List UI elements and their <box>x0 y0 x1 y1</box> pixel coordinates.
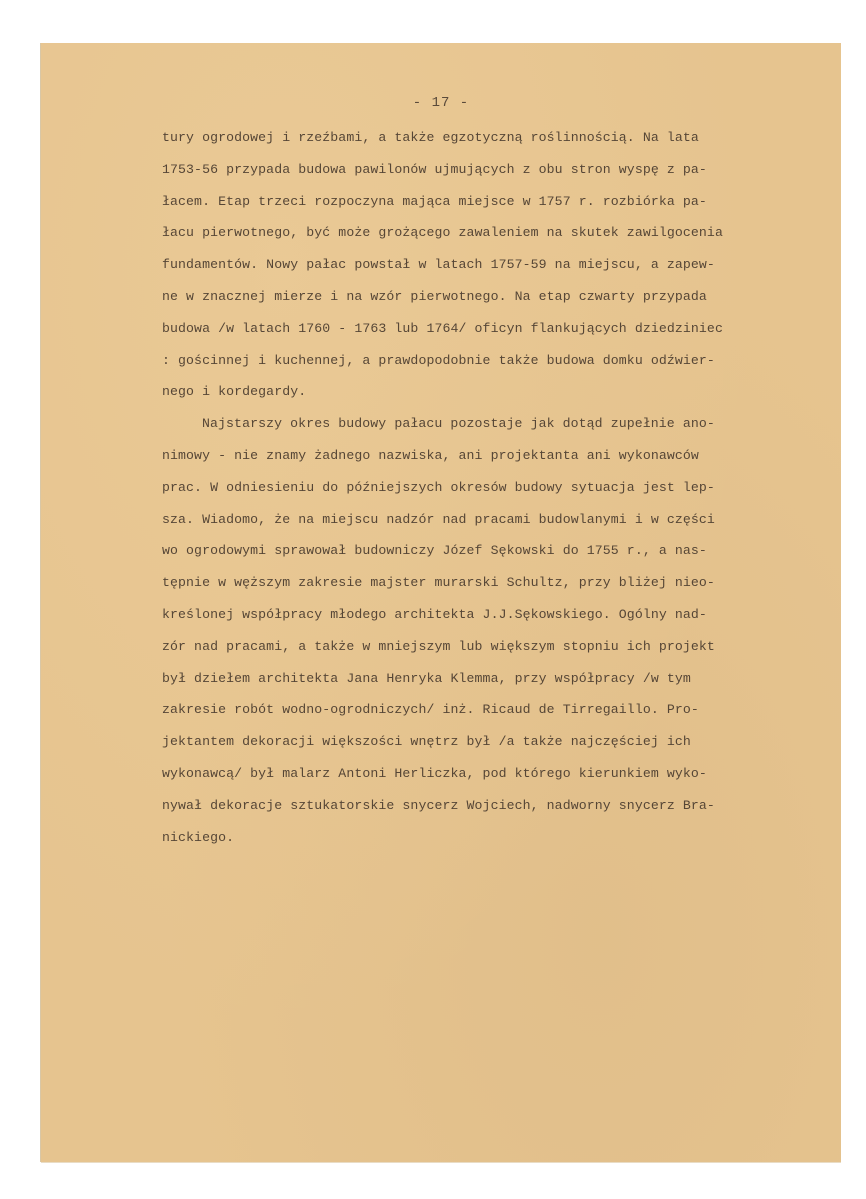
text-line: tępnie w węższym zakresie majster murars… <box>162 567 842 599</box>
text-line: nywał dekoracje sztukatorskie snycerz Wo… <box>162 790 842 822</box>
text-line: tury ogrodowej i rzeźbami, a także egzot… <box>162 122 842 154</box>
text-line: nego i kordegardy. <box>162 376 842 408</box>
text-line: jektantem dekoracji większości wnętrz by… <box>162 726 842 758</box>
typewritten-body: tury ogrodowej i rzeźbami, a także egzot… <box>162 122 842 853</box>
text-line: łacem. Etap trzeci rozpoczyna mająca mie… <box>162 186 842 218</box>
text-line: wykonawcą/ był malarz Antoni Herliczka, … <box>162 758 842 790</box>
page-number: - 17 - <box>41 95 841 111</box>
text-line: kreślonej współpracy młodego architekta … <box>162 599 842 631</box>
text-line: fundamentów. Nowy pałac powstał w latach… <box>162 249 842 281</box>
text-line: sza. Wiadomo, że na miejscu nadzór nad p… <box>162 504 842 536</box>
text-line: : gościnnej i kuchennej, a prawdopodobni… <box>162 345 842 377</box>
document-page: - 17 - tury ogrodowej i rzeźbami, a takż… <box>41 43 841 1162</box>
text-line: zakresie robót wodno-ogrodniczych/ inż. … <box>162 694 842 726</box>
text-line: ne w znacznej mierze i na wzór pierwotne… <box>162 281 842 313</box>
text-line: nickiego. <box>162 822 842 854</box>
text-line: łacu pierwotnego, być może grożącego zaw… <box>162 217 842 249</box>
text-line: 1753-56 przypada budowa pawilonów ujmują… <box>162 154 842 186</box>
text-line: nimowy - nie znamy żadnego nazwiska, ani… <box>162 440 842 472</box>
text-line: zór nad pracami, a także w mniejszym lub… <box>162 631 842 663</box>
text-line: wo ogrodowymi sprawował budowniczy Józef… <box>162 535 842 567</box>
text-line: prac. W odniesieniu do późniejszych okre… <box>162 472 842 504</box>
text-line: budowa /w latach 1760 - 1763 lub 1764/ o… <box>162 313 842 345</box>
text-line: był dziełem architekta Jana Henryka Klem… <box>162 663 842 695</box>
text-line: Najstarszy okres budowy pałacu pozostaje… <box>162 408 842 440</box>
